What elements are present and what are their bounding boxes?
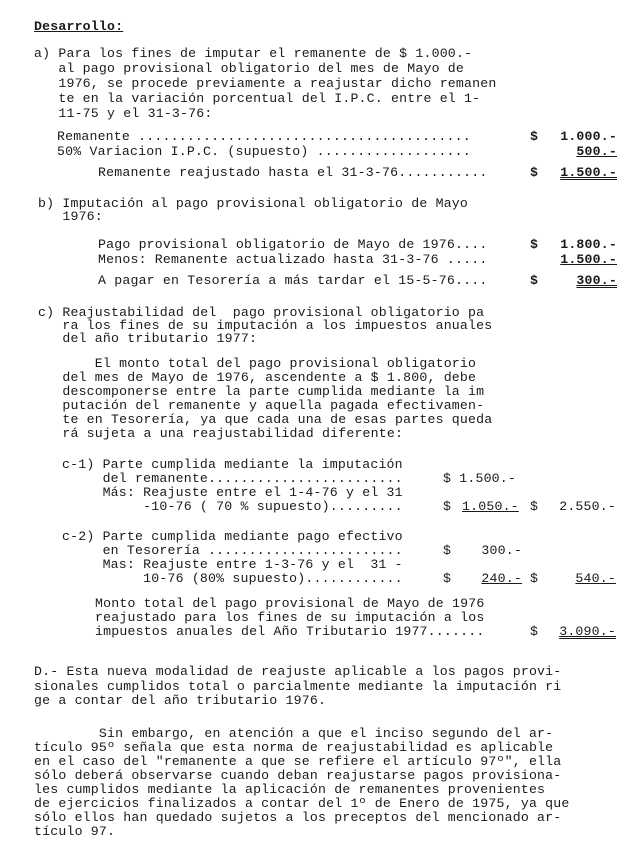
row-label: 50% Variacion I.P.C. (supuesto) ........… <box>57 145 471 158</box>
section-a-line: a) Para los fines de imputar el remanent… <box>34 47 472 60</box>
row-amount: 1.500.- <box>555 166 617 179</box>
section-a-line: 1976, se procede previamente a reajustar… <box>34 77 497 90</box>
c2-line: Mas: Reajuste entre 1-3-76 y el 31 - <box>62 558 403 571</box>
closing-line: les cumplidos mediante la aplicación de … <box>34 783 545 796</box>
closing-line: tículo 97. <box>34 825 115 838</box>
row-currency: $ <box>530 238 538 251</box>
closing-line: Sin embargo, en atención a que el inciso… <box>34 727 553 740</box>
row-label: Remanente reajustado hasta el 31-3-76...… <box>98 166 487 179</box>
row-currency: $ <box>530 130 538 143</box>
summary-line: Monto total del pago provisional de Mayo… <box>95 597 484 610</box>
section-a-line: 11-75 y el 31-3-76: <box>34 107 213 120</box>
section-d-line: sionales cumplidos total o parcialmente … <box>34 680 561 693</box>
summary-line: reajustado para los fines de su imputaci… <box>95 611 484 624</box>
section-c-paragraph-line: El monto total del pago provisional obli… <box>38 357 476 370</box>
row-currency: $ <box>530 274 538 287</box>
c1-amount-remanente: $ 1.500.- <box>443 472 516 485</box>
c1-amount-reajuste: 1.050.- <box>462 500 519 513</box>
row-label: Pago provisional obligatorio de Mayo de … <box>98 238 487 251</box>
row-label: Menos: Remanente actualizado hasta 31-3-… <box>98 253 487 266</box>
section-c-paragraph-line: putación del remanente y aquella pagada … <box>38 399 484 412</box>
c1-line: Más: Reajuste entre el 1-4-76 y el 31 <box>62 486 403 499</box>
closing-line: sólo ellos han quedado sujetos a los pre… <box>34 811 561 824</box>
c2-line: 10-76 (80% supuesto)............ <box>62 572 403 585</box>
c1-total: 2.550.- <box>548 500 616 513</box>
section-d-line: ge a contar del año tributario 1976. <box>34 694 326 707</box>
section-b-line: 1976: <box>38 210 103 223</box>
c2-line: en Tesorería ........................ <box>62 544 403 557</box>
closing-line: de ejercicios finalizados a contar del 1… <box>34 797 570 810</box>
c2-amount-currency: $ <box>443 544 451 557</box>
closing-line: tículo 95º señala que esta norma de reaj… <box>34 741 553 754</box>
summary-currency: $ <box>530 625 538 638</box>
closing-line: sólo deberá observarse cuando deban reaj… <box>34 769 561 782</box>
c2-total: 540.- <box>548 572 616 585</box>
c1-line: -10-76 ( 70 % supuesto)......... <box>62 500 403 513</box>
section-c-paragraph-line: descomponerse entre la parte cumplida me… <box>38 385 484 398</box>
row-amount: 300.- <box>555 274 617 287</box>
row-amount: 500.- <box>555 145 617 158</box>
section-a-line: al pago provisional obligatorio del mes … <box>34 62 464 75</box>
c2-line: c-2) Parte cumplida mediante pago efecti… <box>62 530 403 543</box>
row-amount: 1.500.- <box>555 253 617 266</box>
summary-amount: 3.090.- <box>548 625 616 638</box>
row-amount: 1.000.- <box>555 130 617 143</box>
c2-amount-reajuste: 240.- <box>462 572 522 585</box>
section-heading: Desarrollo: <box>34 20 123 33</box>
section-c-paragraph-line: rá sujeta a una reajustabilidad diferent… <box>38 427 403 440</box>
row-currency: $ <box>530 166 538 179</box>
c1-amount-currency: $ <box>443 500 451 513</box>
row-label: Remanente ..............................… <box>57 130 471 143</box>
section-d-line: D.- Esta nueva modalidad de reajuste apl… <box>34 665 561 678</box>
closing-line: en el caso del "remanente a que se refie… <box>34 755 561 768</box>
row-amount: 1.800.- <box>555 238 617 251</box>
c1-line: c-1) Parte cumplida mediante la imputaci… <box>62 458 403 471</box>
section-c-paragraph-line: te en Tesorería, ya que cada una de esas… <box>38 413 492 426</box>
row-label: A pagar en Tesorería a más tardar el 15-… <box>98 274 487 287</box>
c2-total-currency: $ <box>530 572 538 585</box>
c1-line: del remanente........................ <box>62 472 403 485</box>
section-c-line: del año tributario 1977: <box>38 332 257 345</box>
summary-line: impuestos anuales del Año Tributario 197… <box>95 625 484 638</box>
c2-amount-tesoreria: 300.- <box>462 544 522 557</box>
section-a-line: te en la variación porcentual del I.P.C.… <box>34 92 480 105</box>
c2-amount-currency: $ <box>443 572 451 585</box>
c1-total-currency: $ <box>530 500 538 513</box>
section-c-paragraph-line: del mes de Mayo de 1976, ascendente a $ … <box>38 371 476 384</box>
